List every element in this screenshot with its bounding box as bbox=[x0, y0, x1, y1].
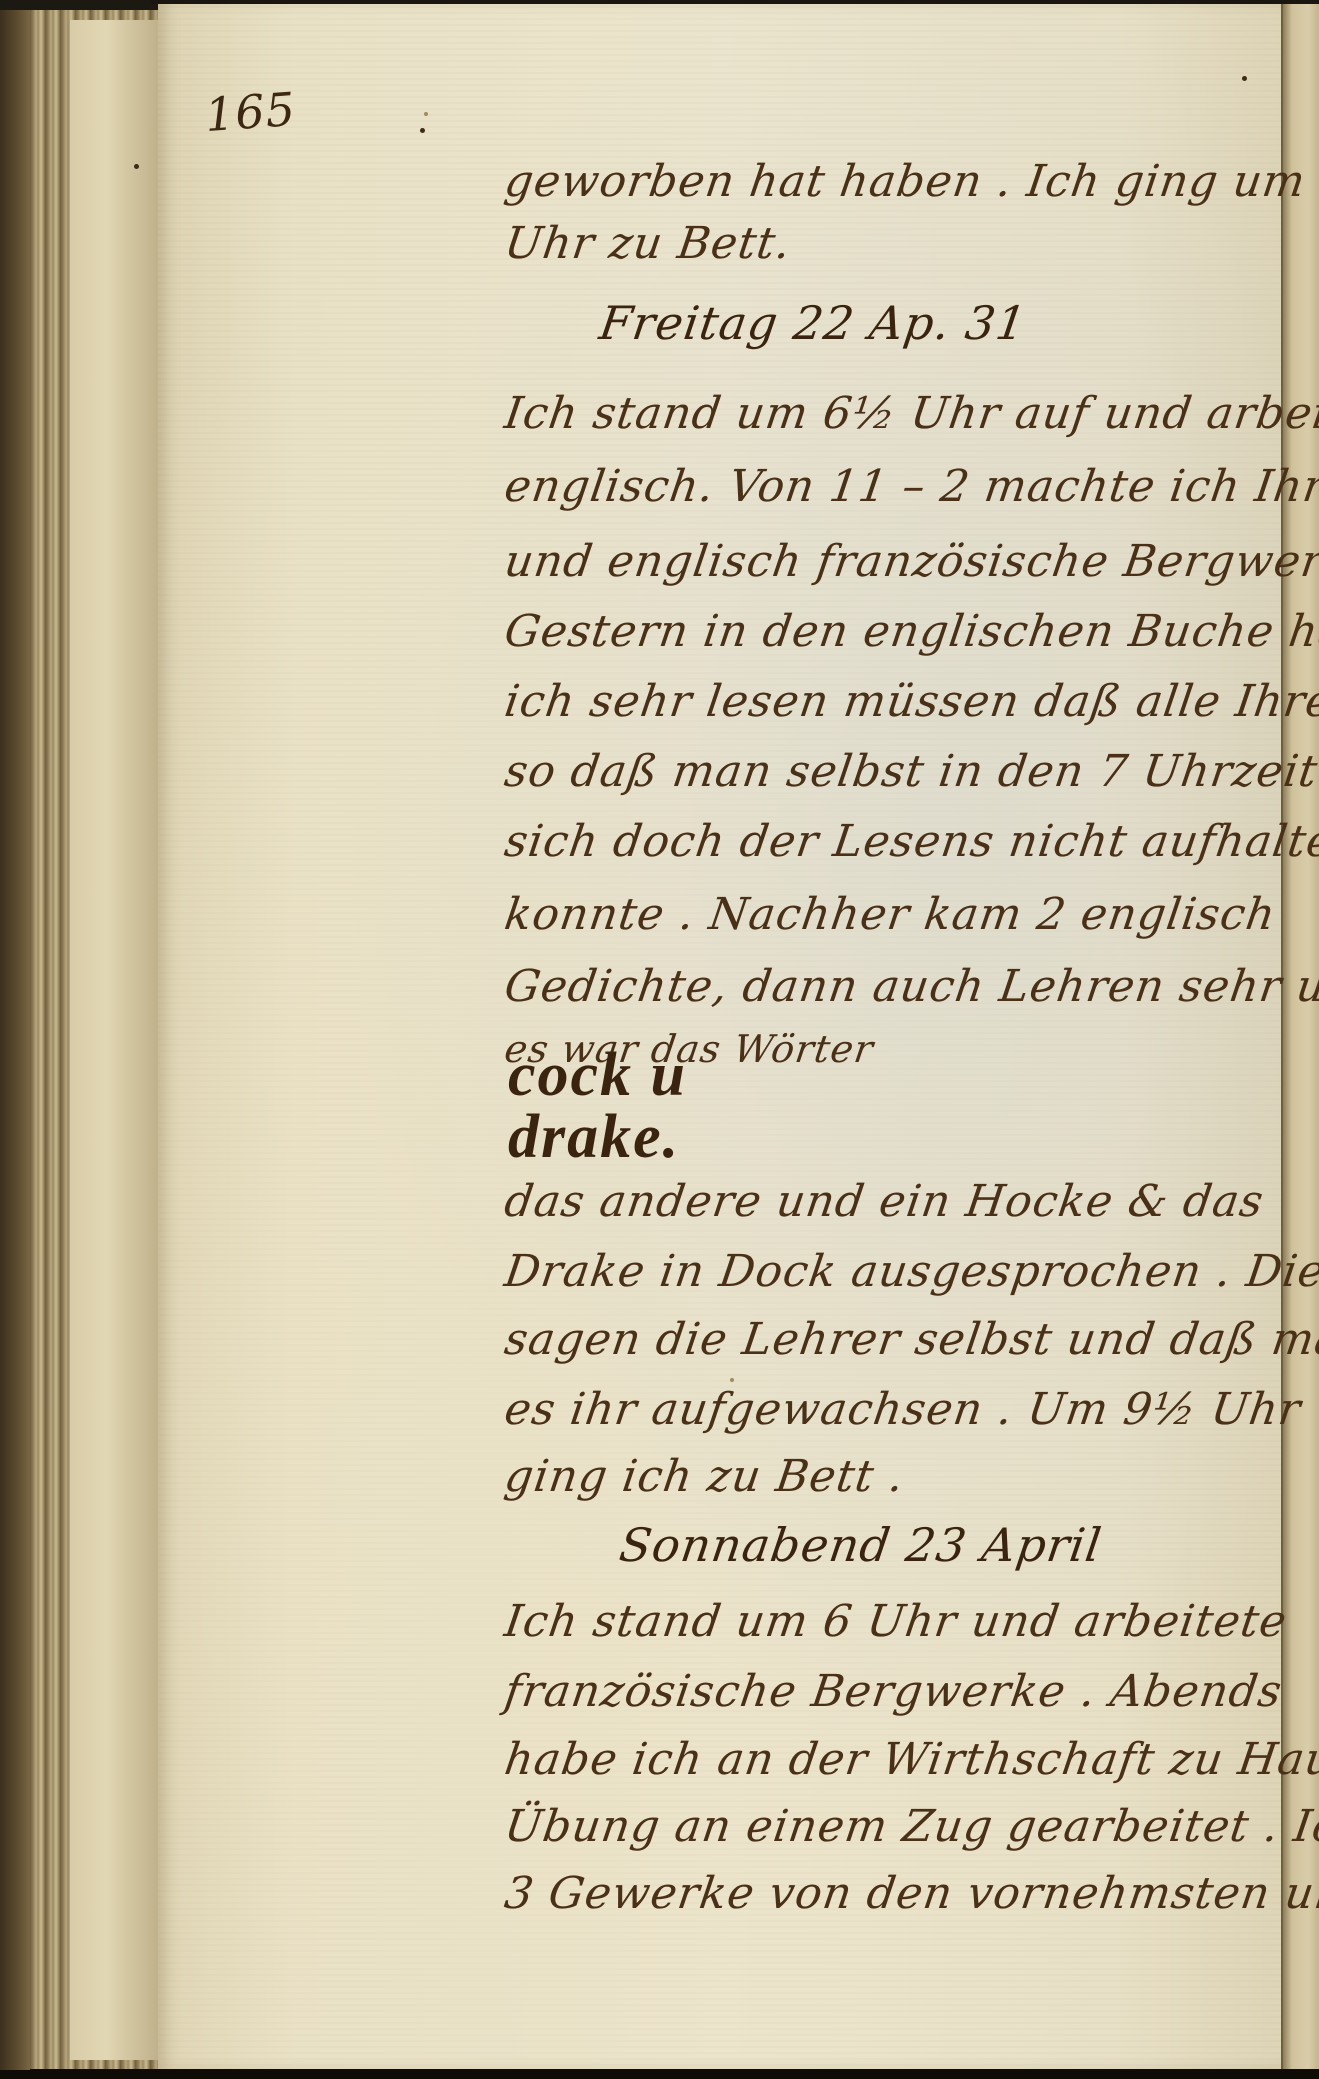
text-line: Ich stand um 6½ Uhr auf und arbeit bbox=[502, 392, 1319, 436]
text-line: und englisch französische Bergwerke . bbox=[502, 540, 1319, 584]
text-line: französische Bergwerke . Abends bbox=[502, 1670, 1285, 1714]
date-heading: Freitag 22 Ap. 31 bbox=[597, 300, 1030, 346]
ink-speck bbox=[420, 128, 425, 133]
ink-speck bbox=[134, 164, 139, 169]
text-line: 3 Gewerke von den vornehmsten und ein „ bbox=[502, 1872, 1319, 1916]
text-line: Uhr zu Bett. bbox=[502, 222, 794, 266]
text-line: Ich stand um 6 Uhr und arbeitete bbox=[502, 1600, 1290, 1644]
text-line: sagen die Lehrer selbst und daß man bbox=[502, 1318, 1319, 1362]
text-line: Übung an einem Zug gearbeitet . Ich ließ bbox=[502, 1805, 1319, 1849]
top-edge-shadow bbox=[150, 0, 1319, 4]
latin-word-drake: drake. bbox=[508, 1102, 680, 1173]
ink-speck bbox=[1242, 76, 1247, 81]
paper-speck bbox=[424, 112, 428, 116]
text-line: Drake in Dock ausgesprochen . Die bbox=[502, 1250, 1319, 1294]
text-line: konnte . Nachher kam 2 englisch bbox=[502, 893, 1279, 937]
text-line: geworben hat haben . Ich ging um 9½ bbox=[502, 160, 1319, 204]
text-line: ich sehr lesen müssen daß alle Ihre , bbox=[502, 680, 1319, 724]
text-line: habe ich an der Wirthschaft zu Hause . bbox=[502, 1738, 1319, 1782]
text-line: so daß man selbst in den 7 Uhrzeit bbox=[502, 750, 1319, 794]
text-line: das andere und ein Hocke & das bbox=[502, 1180, 1267, 1224]
text-line: ging ich zu Bett . bbox=[502, 1455, 907, 1499]
manuscript-scan: 165 geworben hat haben . Ich ging um 9½ … bbox=[0, 0, 1319, 2079]
text-line: es ihr aufgewachsen . Um 9½ Uhr bbox=[502, 1388, 1304, 1432]
date-heading: Sonnabend 23 April bbox=[617, 1522, 1105, 1568]
bottom-edge-shadow bbox=[0, 2069, 1319, 2079]
latin-word-cock: cock u bbox=[508, 1040, 687, 1111]
book-page-edges bbox=[0, 10, 160, 2070]
paper-speck bbox=[730, 1378, 734, 1382]
page-number: 165 bbox=[203, 82, 297, 142]
text-line: englisch. Von 11 – 2 machte ich Ihren bbox=[502, 465, 1319, 509]
text-line: sich doch der Lesens nicht aufhalten bbox=[502, 820, 1319, 864]
text-line: Gestern in den englischen Buche habe bbox=[502, 610, 1319, 654]
text-line: Gedichte, dann auch Lehren sehr und bbox=[502, 965, 1319, 1009]
